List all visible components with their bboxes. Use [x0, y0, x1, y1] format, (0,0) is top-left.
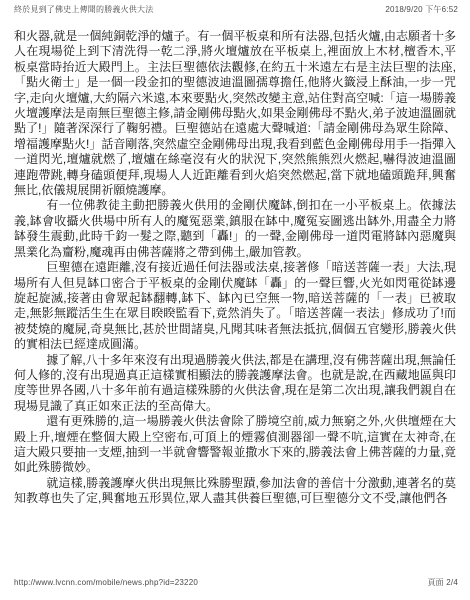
document-title: 終於見到了佛史上傳聞的勝義火供大法 [14, 4, 153, 15]
article-body: 和火器,就是一個純銅乾淨的爐子。有一個平板桌和所有法器,包括火爐,由志願者十多人… [14, 29, 456, 558]
print-datetime: 2018/9/20 下午6:52 [385, 4, 458, 15]
article-paragraph: 和火器,就是一個純銅乾淨的爐子。有一個平板桌和所有法器,包括火爐,由志願者十多人… [14, 29, 456, 198]
article-paragraph: 還有更殊勝的,這一場勝義火供法會除了勝境空前,威力無窮之外,火供壇煙在大殿上升,… [14, 414, 456, 476]
article-paragraph: 據了解,八十多年來沒有出現過勝義火供法,都是在講理,沒有佛菩薩出現,無論任何人修… [14, 353, 456, 415]
page-number: 頁面 2/4 [427, 577, 458, 588]
article-paragraph: 就這樣,勝義護摩火供出現無比殊勝聖蹟,參加法會的善信十分激動,連著名的莫知教尊也… [14, 476, 456, 507]
source-url: http://www.lvcnn.com/mobile/news.php?id=… [14, 578, 198, 587]
article-paragraph: 巨聖德在遠距離,沒有接近過任何法器或法桌,接著修「暗送菩薩一表」大法,現場所有人… [14, 260, 456, 352]
page-footer: http://www.lvcnn.com/mobile/news.php?id=… [14, 577, 458, 588]
print-preview-page: 終於見到了佛史上傳聞的勝義火供大法 2018/9/20 下午6:52 和火器,就… [0, 0, 470, 600]
article-paragraph: 有一位佛教徒主動把勝義火供用的金剛伏魔缽,倒扣在一小平板桌上。依據法義,缽會收攝… [14, 198, 456, 260]
page-header: 終於見到了佛史上傳聞的勝義火供大法 2018/9/20 下午6:52 [14, 4, 458, 15]
